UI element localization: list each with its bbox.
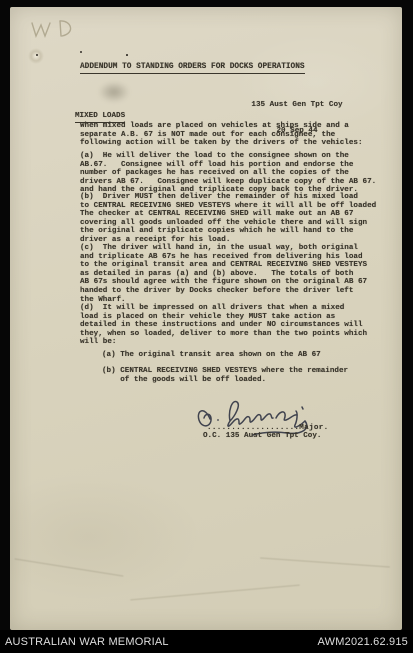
paragraph-intro: When mixed loads are placed on vehicles … — [80, 122, 363, 148]
ink-smudge — [92, 77, 136, 107]
pencil-note-wd — [26, 15, 78, 45]
subitem-a: (a) The original transit area shown on t… — [102, 351, 321, 360]
accession-id: AWM2021.62.915 — [318, 636, 408, 648]
archive-footer-bar: AUSTRALIAN WAR MEMORIAL AWM2021.62.915 — [0, 630, 413, 653]
scan-viewer: { "document": { "pencil_note": "W D", "t… — [0, 0, 413, 653]
paragraph-d: (d) It will be impressed on all drivers … — [80, 304, 367, 347]
institution-label: AUSTRALIAN WAR MEMORIAL — [5, 636, 169, 648]
document-page: ADDENDUM TO STANDING ORDERS FOR DOCKS OP… — [10, 7, 402, 630]
paragraph-b: (b) Driver MUST then deliver the remaind… — [80, 193, 376, 245]
document-title: ADDENDUM TO STANDING ORDERS FOR DOCKS OP… — [80, 63, 305, 74]
paper-crease — [130, 585, 299, 601]
subitem-b: (b) CENTRAL RECEIVING SHED VESTEYS where… — [102, 367, 348, 384]
paper-crease — [260, 557, 390, 567]
ink-speck — [80, 51, 82, 53]
paragraph-a: (a) He will deliver the load to the cons… — [80, 152, 376, 195]
ink-speck — [126, 54, 128, 56]
paper-crease — [15, 558, 124, 576]
unit-name: 135 Aust Gen Tpt Coy — [250, 101, 344, 110]
paragraph-c: (c) The driver will hand in, in the usua… — [80, 244, 367, 304]
section-heading: MIXED LOADS — [75, 112, 125, 123]
oc-line: O.C. 135 Aust Gen Tpt Coy. — [203, 432, 321, 441]
